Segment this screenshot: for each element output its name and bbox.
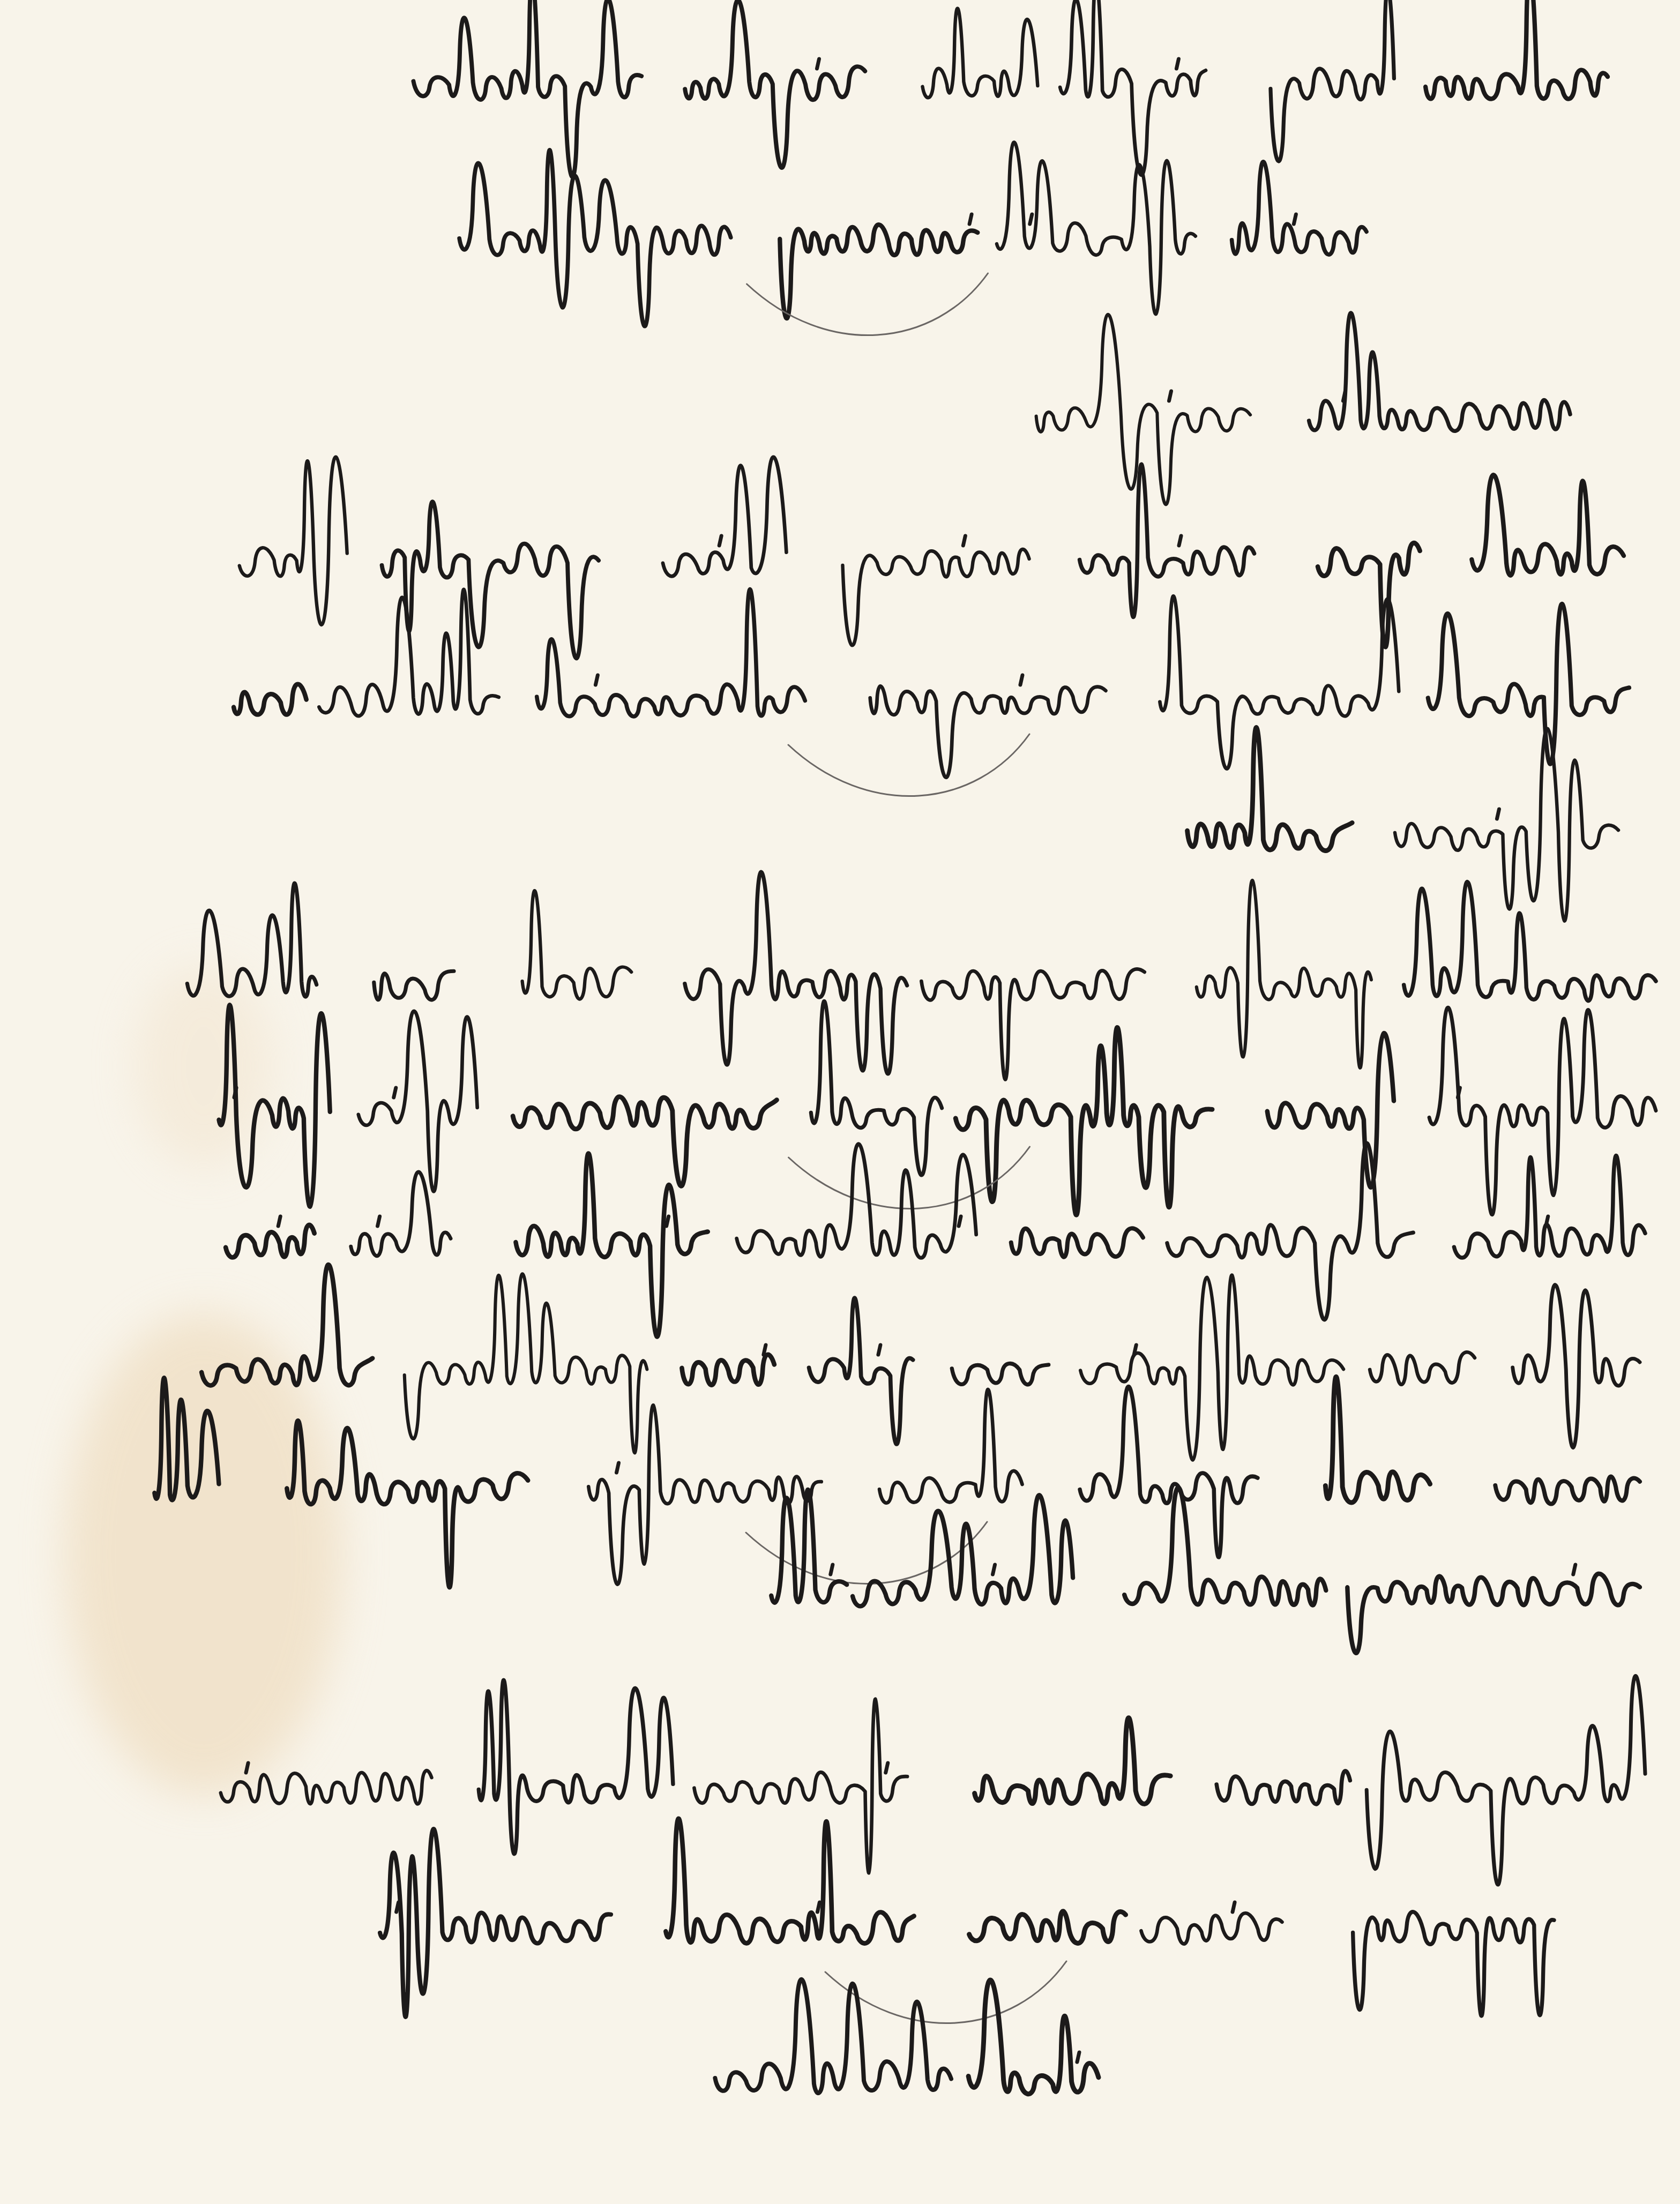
handwriting-line-body-8 xyxy=(154,1377,1640,1587)
ink-word xyxy=(201,1265,372,1385)
ink-dot xyxy=(595,675,598,685)
handwriting-line-body-5 xyxy=(219,1001,1656,1215)
ink-dot xyxy=(817,1902,819,1912)
ink-word xyxy=(1425,0,1608,99)
ink-word xyxy=(359,1011,477,1192)
ink-word xyxy=(413,0,641,177)
handwriting-line-body-3 xyxy=(1188,728,1618,921)
ink-dot xyxy=(993,1565,995,1574)
ink-dot xyxy=(959,1216,961,1226)
ink-word xyxy=(1370,1352,1475,1384)
ink-dot xyxy=(378,1216,380,1226)
ink-word xyxy=(694,1699,907,1873)
ink-word xyxy=(975,1718,1170,1804)
ink-dot xyxy=(831,1565,833,1574)
ink-word xyxy=(1395,729,1618,921)
ink-word xyxy=(1124,1488,1326,1605)
ink-word xyxy=(952,1364,1048,1385)
ink-dot xyxy=(886,1763,888,1773)
ink-word xyxy=(1141,1913,1282,1944)
ink-dot xyxy=(1176,59,1178,69)
ink-dot xyxy=(616,1463,618,1473)
ink-word xyxy=(380,1829,611,2017)
ink-word xyxy=(1271,0,1394,161)
ink-word xyxy=(382,502,599,658)
ink-flourish xyxy=(788,734,1029,796)
ink-dot xyxy=(234,1088,236,1097)
ink-word xyxy=(1216,1771,1350,1804)
ink-dot xyxy=(667,1216,669,1226)
ink-dot xyxy=(1573,1565,1576,1574)
handwriting-line-signature xyxy=(715,1979,1099,2094)
ink-word xyxy=(780,225,977,318)
ink-word xyxy=(1309,313,1570,431)
ink-dot xyxy=(1233,1902,1235,1912)
ink-word xyxy=(513,1097,776,1186)
ink-dot xyxy=(397,1902,399,1912)
ink-word xyxy=(1197,880,1371,1068)
ink-word xyxy=(1325,1377,1430,1503)
ink-word xyxy=(1080,1386,1258,1557)
handwriting-line-body-1 xyxy=(240,457,1624,659)
ink-word xyxy=(405,1274,647,1453)
ink-word xyxy=(685,0,865,168)
ink-dot xyxy=(394,1088,396,1097)
ink-word xyxy=(663,457,786,577)
ink-word xyxy=(1267,1033,1394,1187)
ink-word xyxy=(1495,1476,1640,1504)
ink-word xyxy=(715,1979,951,2093)
ink-word xyxy=(1011,1228,1143,1257)
ink-word xyxy=(968,1980,1099,2094)
handwriting-line-body-9 xyxy=(771,1488,1640,1653)
ink-dot xyxy=(1497,809,1499,819)
ink-word xyxy=(154,1378,219,1500)
ink-word xyxy=(1404,882,1656,1001)
ink-word xyxy=(287,1421,528,1587)
ink-word xyxy=(374,971,454,1000)
ink-dot xyxy=(1077,2052,1079,2062)
ink-word xyxy=(870,686,1106,778)
ink-dot xyxy=(1169,391,1171,401)
ink-word xyxy=(811,1001,942,1175)
letter-page: Handwriting is not legible; no transcrip… xyxy=(0,0,1680,2204)
ink-word xyxy=(1188,728,1353,851)
ink-word xyxy=(1060,0,1206,175)
ink-word xyxy=(1318,543,1420,647)
ink-word xyxy=(226,1225,314,1258)
ink-word xyxy=(187,883,316,997)
handwriting-line-header-2 xyxy=(459,142,1367,335)
ink-word xyxy=(1353,1912,1554,2016)
ink-word xyxy=(588,1405,821,1584)
ink-word xyxy=(853,1495,1073,1606)
ink-word xyxy=(234,684,307,715)
ink-word xyxy=(1347,1574,1640,1653)
ink-word xyxy=(921,969,1144,1080)
document-note: Handwriting is not legible; no transcrip… xyxy=(21,2180,343,2193)
ink-dot xyxy=(817,59,819,69)
ink-word xyxy=(666,1819,914,1944)
ink-word xyxy=(737,1144,976,1258)
ink-dot xyxy=(963,536,965,546)
ink-dot xyxy=(278,1216,280,1226)
ink-word xyxy=(809,1298,913,1444)
ink-word xyxy=(221,1770,432,1804)
ink-dot xyxy=(1020,675,1022,685)
ink-word xyxy=(1080,464,1255,617)
ink-dot xyxy=(1343,391,1345,401)
ink-word xyxy=(922,9,1037,98)
ink-word xyxy=(1367,1676,1645,1885)
handwriting-strokes xyxy=(0,0,1680,2204)
ink-word xyxy=(1513,1285,1640,1448)
ink-dot xyxy=(969,214,972,224)
ink-dot xyxy=(1179,536,1181,546)
ink-dot xyxy=(1458,1088,1460,1097)
handwriting-line-body-7 xyxy=(201,1265,1640,1460)
ink-word xyxy=(1080,1275,1343,1460)
ink-word xyxy=(1428,604,1629,764)
ink-dot xyxy=(1134,1345,1136,1355)
ink-word xyxy=(682,1355,774,1385)
ink-dot xyxy=(246,1763,248,1773)
ink-dot xyxy=(764,1345,766,1355)
ink-word xyxy=(240,457,347,625)
ink-dot xyxy=(878,1345,880,1355)
ink-word xyxy=(969,1911,1126,1944)
ink-word xyxy=(1472,475,1624,576)
ink-word xyxy=(1160,596,1399,768)
handwriting-line-body-2 xyxy=(234,589,1629,796)
handwriting-line-body-6 xyxy=(226,1143,1645,1336)
ink-word xyxy=(219,1005,330,1206)
ink-word xyxy=(997,142,1196,314)
ink-word xyxy=(479,1680,673,1854)
ink-dot xyxy=(719,536,721,546)
ink-word xyxy=(842,549,1029,645)
handwriting-line-body-10 xyxy=(221,1676,1645,1885)
ink-flourish xyxy=(825,1961,1066,2023)
ink-word xyxy=(459,150,731,326)
ink-word xyxy=(955,1028,1212,1215)
ink-word xyxy=(522,891,632,999)
ink-word xyxy=(1232,162,1367,255)
ink-word xyxy=(685,872,907,1074)
ink-dot xyxy=(1294,214,1296,224)
ink-dot xyxy=(1546,1216,1548,1226)
ink-word xyxy=(771,1490,847,1603)
ink-dot xyxy=(1030,214,1032,224)
